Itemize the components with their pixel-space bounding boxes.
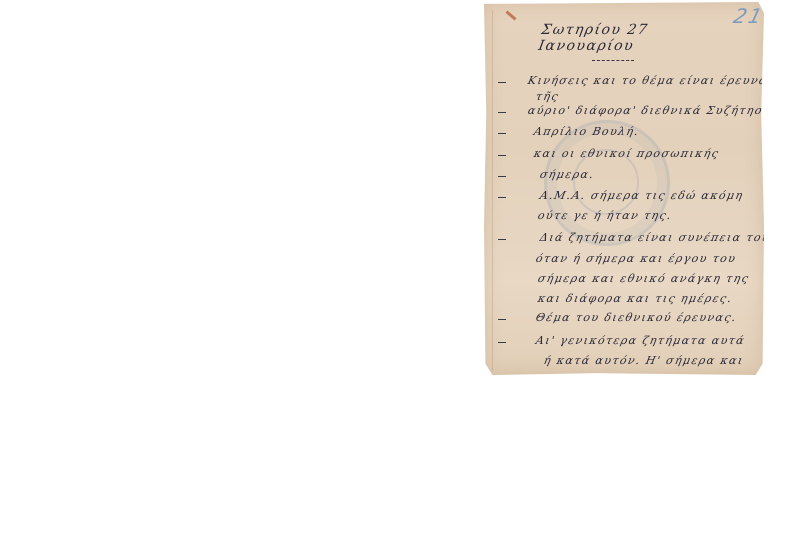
handwritten-line: Απρίλιο Βουλή. xyxy=(533,125,641,138)
margin-dash xyxy=(498,133,506,134)
handwritten-line: Κινήσεις και το θέμα είναι έρευνα xyxy=(527,74,770,87)
margin-dash xyxy=(498,239,506,240)
handwritten-line: τῆς xyxy=(535,90,561,103)
handwritten-line: και διάφορα και τις ημέρες. xyxy=(537,292,734,305)
margin-dash xyxy=(498,82,506,83)
margin-dash xyxy=(498,197,506,198)
handwritten-line: Αι' γενικότερα ζητήματα αυτά xyxy=(535,334,747,347)
handwritten-line: Θέμα του διεθνικού έρευνας. xyxy=(535,311,739,324)
handwritten-line: και οι εθνικοί προσωπικής xyxy=(533,147,721,160)
letter-heading: Σωτηρίου 27 Ιανουαρίου xyxy=(537,22,743,54)
handwritten-letter-page: 21 Σωτηρίου 27 Ιανουαρίου Κινήσεις και τ… xyxy=(484,2,764,375)
red-ink-mark xyxy=(505,10,516,20)
faded-seal-stamp xyxy=(544,120,670,246)
handwritten-line: Διά ζητήματα είναι συνέπεια του xyxy=(539,231,772,244)
paper-fold xyxy=(492,10,493,370)
handwritten-line: σήμερα. xyxy=(539,168,596,181)
margin-dash xyxy=(498,176,506,177)
margin-dash xyxy=(498,112,506,113)
margin-dash xyxy=(498,155,506,156)
heading-divider xyxy=(592,60,634,61)
handwritten-line: ή κατά αυτόν. Η' σήμερα και xyxy=(543,354,745,367)
handwritten-line: όταν ή σήμερα και έργου του xyxy=(535,252,738,265)
handwritten-line: ούτε γε ή ήταν της. xyxy=(537,209,674,222)
handwritten-line: αύριο' διάφορα' διεθνικά Συζήτηση xyxy=(527,104,773,117)
handwritten-line: Α.Μ.Α. σήμερα τις εδώ ακόμη xyxy=(539,189,745,202)
margin-dash xyxy=(498,319,506,320)
margin-dash xyxy=(498,342,506,343)
handwritten-line: σήμερα και εθνικό ανάγκη της xyxy=(537,272,751,285)
